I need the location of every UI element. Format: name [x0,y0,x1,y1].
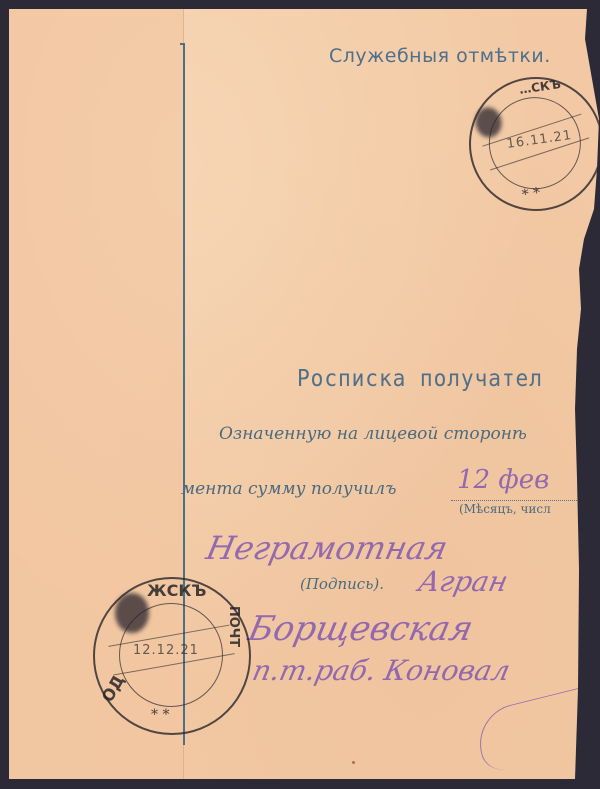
printed-line-1: Означенную на лицевой сторонѣ [219,424,527,444]
postmark-top: 16.11.21 …СКЪ * * [460,68,600,219]
handwritten-surname: Борщевская [245,609,477,649]
handwritten-illiterate-note: Неграмотная [203,529,451,567]
postmark-ring-text-right: ПОЧТ [226,606,241,647]
recipient-receipt-heading: Росписка получател [297,366,543,392]
handwritten-clerk-signature: п.т.раб. Коновал [249,654,513,687]
postmark-stars: * * [521,185,542,203]
postmark-ring-text-top: ЖСКЪ [147,581,206,600]
handwritten-flourish [471,685,600,773]
signature-caption: (Подпись). [300,575,384,593]
service-notes-heading: Служебныя отмѣтки. [329,45,551,67]
date-caption: (Мѣсяцъ, числ [459,502,551,516]
postmark-bottom: 12.12.21 ЖСКЪ ОД ПОЧТ * * [93,577,251,735]
postmark-ring-text: …СКЪ [518,77,561,97]
document-paper: Служебныя отмѣтки. 16.11.21 …СКЪ * * Рос… [9,9,600,779]
paper-speck [352,761,355,764]
printed-line-2: мента сумму получилъ [181,479,396,499]
postmark-stars: * * [151,707,169,723]
handwritten-first-name: Агран [415,565,510,598]
postmark-date: 12.12.21 [133,643,199,658]
dotted-fill-line [451,500,581,501]
ink-blot [115,593,149,633]
handwritten-date: 12 фев [457,465,549,495]
